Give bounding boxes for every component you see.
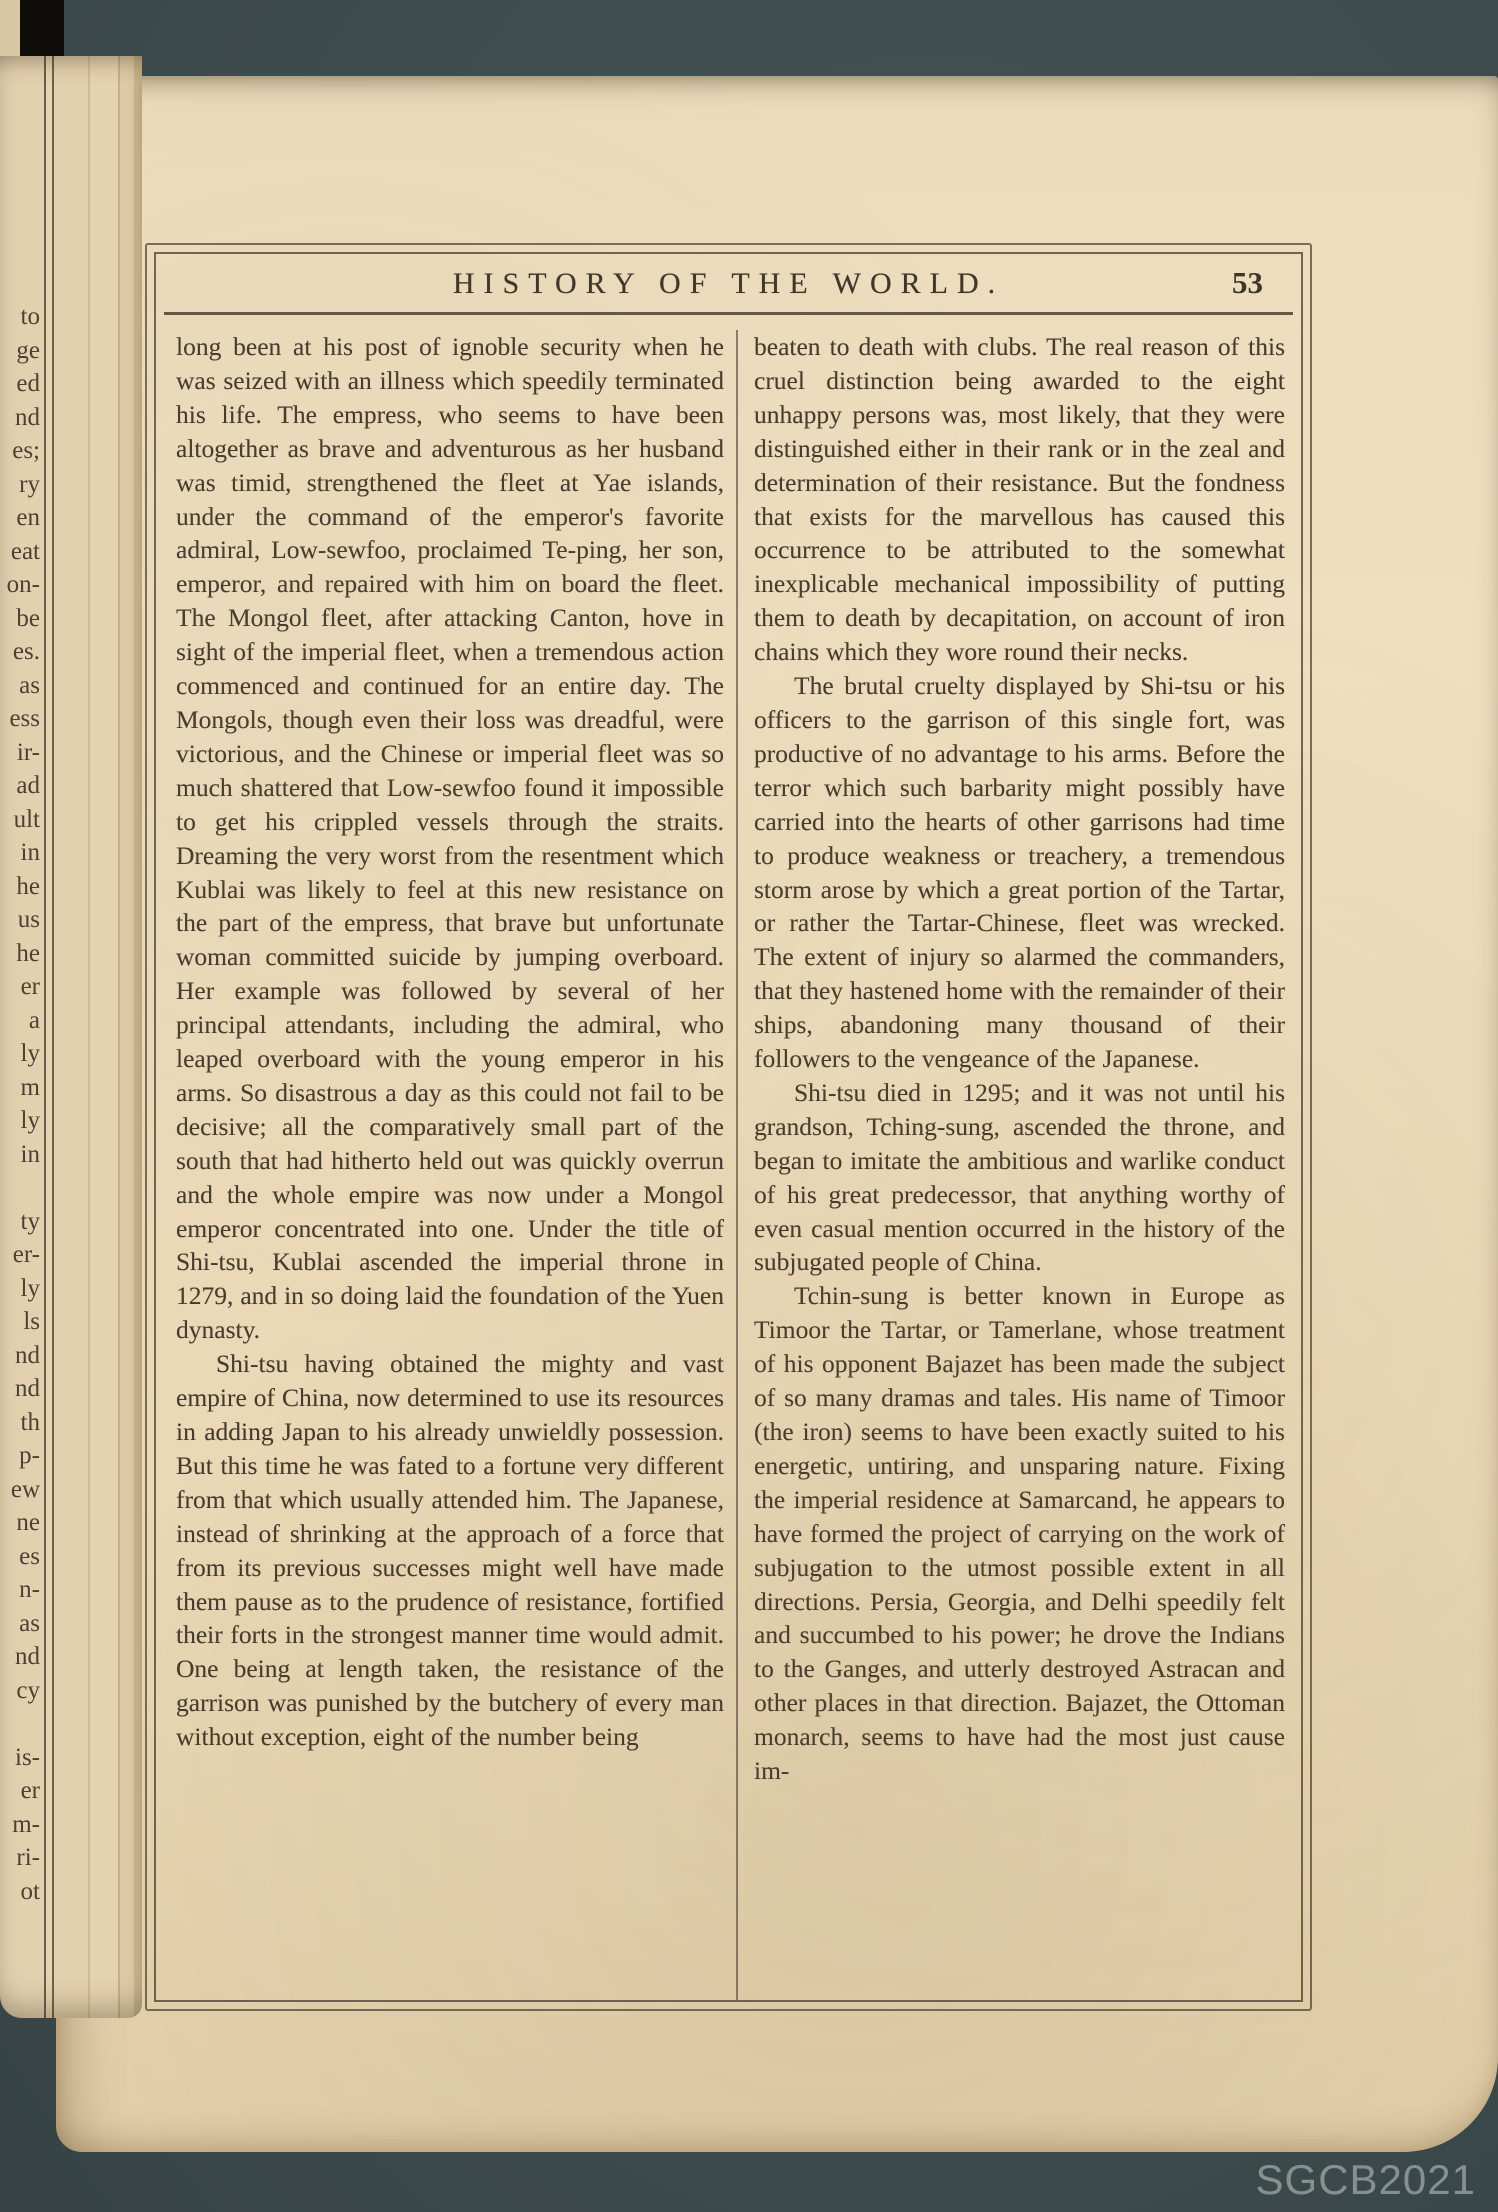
facing-fragment: a	[0, 1004, 40, 1038]
page-border-inner: HISTORY OF THE WORLD. 53 long been at hi…	[154, 252, 1303, 2002]
facing-fragment: es	[0, 1540, 40, 1574]
facing-fragment: ry	[0, 468, 40, 502]
facing-gap	[0, 1707, 40, 1741]
facing-fragment: as	[0, 669, 40, 703]
facing-fragment: as	[0, 1607, 40, 1641]
facing-fragment: nd	[0, 1339, 40, 1373]
facing-fragment: is-	[0, 1741, 40, 1775]
facing-fragment: ri-	[0, 1841, 40, 1875]
paragraph: Shi-tsu having obtained the mighty and v…	[176, 1347, 724, 1754]
text-column-right: beaten to death with clubs. The real rea…	[738, 330, 1285, 2000]
facing-fragment: th	[0, 1406, 40, 1440]
text-columns: long been at his post of ignoble securit…	[156, 315, 1301, 2000]
facing-fragment: ed	[0, 367, 40, 401]
facing-fragment: ne	[0, 1506, 40, 1540]
paragraph: long been at his post of ignoble securit…	[176, 330, 724, 1347]
facing-fragment: ess	[0, 702, 40, 736]
facing-fragment: ot	[0, 1875, 40, 1909]
running-head: HISTORY OF THE WORLD. 53	[156, 254, 1301, 312]
facing-fragment: ly	[0, 1104, 40, 1138]
facing-fragment: ew	[0, 1473, 40, 1507]
facing-fragment: ls	[0, 1305, 40, 1339]
facing-fragment: eat	[0, 535, 40, 569]
facing-fragment: p-	[0, 1439, 40, 1473]
facing-fragment: en	[0, 501, 40, 535]
facing-fragment: he	[0, 937, 40, 971]
facing-fragment: ly	[0, 1037, 40, 1071]
paragraph: beaten to death with clubs. The real rea…	[754, 330, 1285, 669]
photo-background: HISTORY OF THE WORLD. 53 long been at hi…	[0, 0, 1498, 2212]
facing-fragment: us	[0, 903, 40, 937]
book-page: HISTORY OF THE WORLD. 53 long been at hi…	[56, 76, 1498, 2152]
page-title: HISTORY OF THE WORLD.	[156, 267, 1301, 301]
facing-fragment: in	[0, 836, 40, 870]
facing-fragment: m-	[0, 1808, 40, 1842]
facing-fragment: er-	[0, 1238, 40, 1272]
paragraph: Shi-tsu died in 1295; and it was not unt…	[754, 1076, 1285, 1279]
facing-fragment: ir-	[0, 736, 40, 770]
facing-fragment: m	[0, 1071, 40, 1105]
facing-page-edge: togeedndes;ryeneaton-bees.asessir-adulti…	[0, 56, 142, 2018]
facing-fragment: be	[0, 602, 40, 636]
paragraph: Tchin-sung is better known in Europe as …	[754, 1279, 1285, 1788]
facing-fragment: er	[0, 1774, 40, 1808]
facing-fragment: n-	[0, 1573, 40, 1607]
facing-fragment: in	[0, 1138, 40, 1172]
facing-page-text-fragments: togeedndes;ryeneaton-bees.asessir-adulti…	[0, 300, 40, 1908]
facing-fragment: nd	[0, 401, 40, 435]
text-column-left: long been at his post of ignoble securit…	[176, 330, 724, 2000]
facing-fragment: ult	[0, 803, 40, 837]
facing-fragment: on-	[0, 568, 40, 602]
facing-fragment: ad	[0, 769, 40, 803]
facing-fragment: to	[0, 300, 40, 334]
facing-fragment: er	[0, 970, 40, 1004]
facing-fragment: ge	[0, 334, 40, 368]
paragraph: The brutal cruelty displayed by Shi-tsu …	[754, 669, 1285, 1076]
page-number: 53	[1232, 265, 1263, 301]
facing-fragment: ly	[0, 1272, 40, 1306]
facing-fragment: ty	[0, 1205, 40, 1239]
facing-fragment: nd	[0, 1640, 40, 1674]
facing-fragment: nd	[0, 1372, 40, 1406]
facing-fragment: es;	[0, 434, 40, 468]
facing-fragment: es.	[0, 635, 40, 669]
facing-fragment: he	[0, 870, 40, 904]
watermark: SGCB2021	[1256, 2156, 1476, 2204]
facing-gap	[0, 1171, 40, 1205]
facing-fragment: cy	[0, 1674, 40, 1708]
page-border-outer: HISTORY OF THE WORLD. 53 long been at hi…	[145, 243, 1312, 2011]
